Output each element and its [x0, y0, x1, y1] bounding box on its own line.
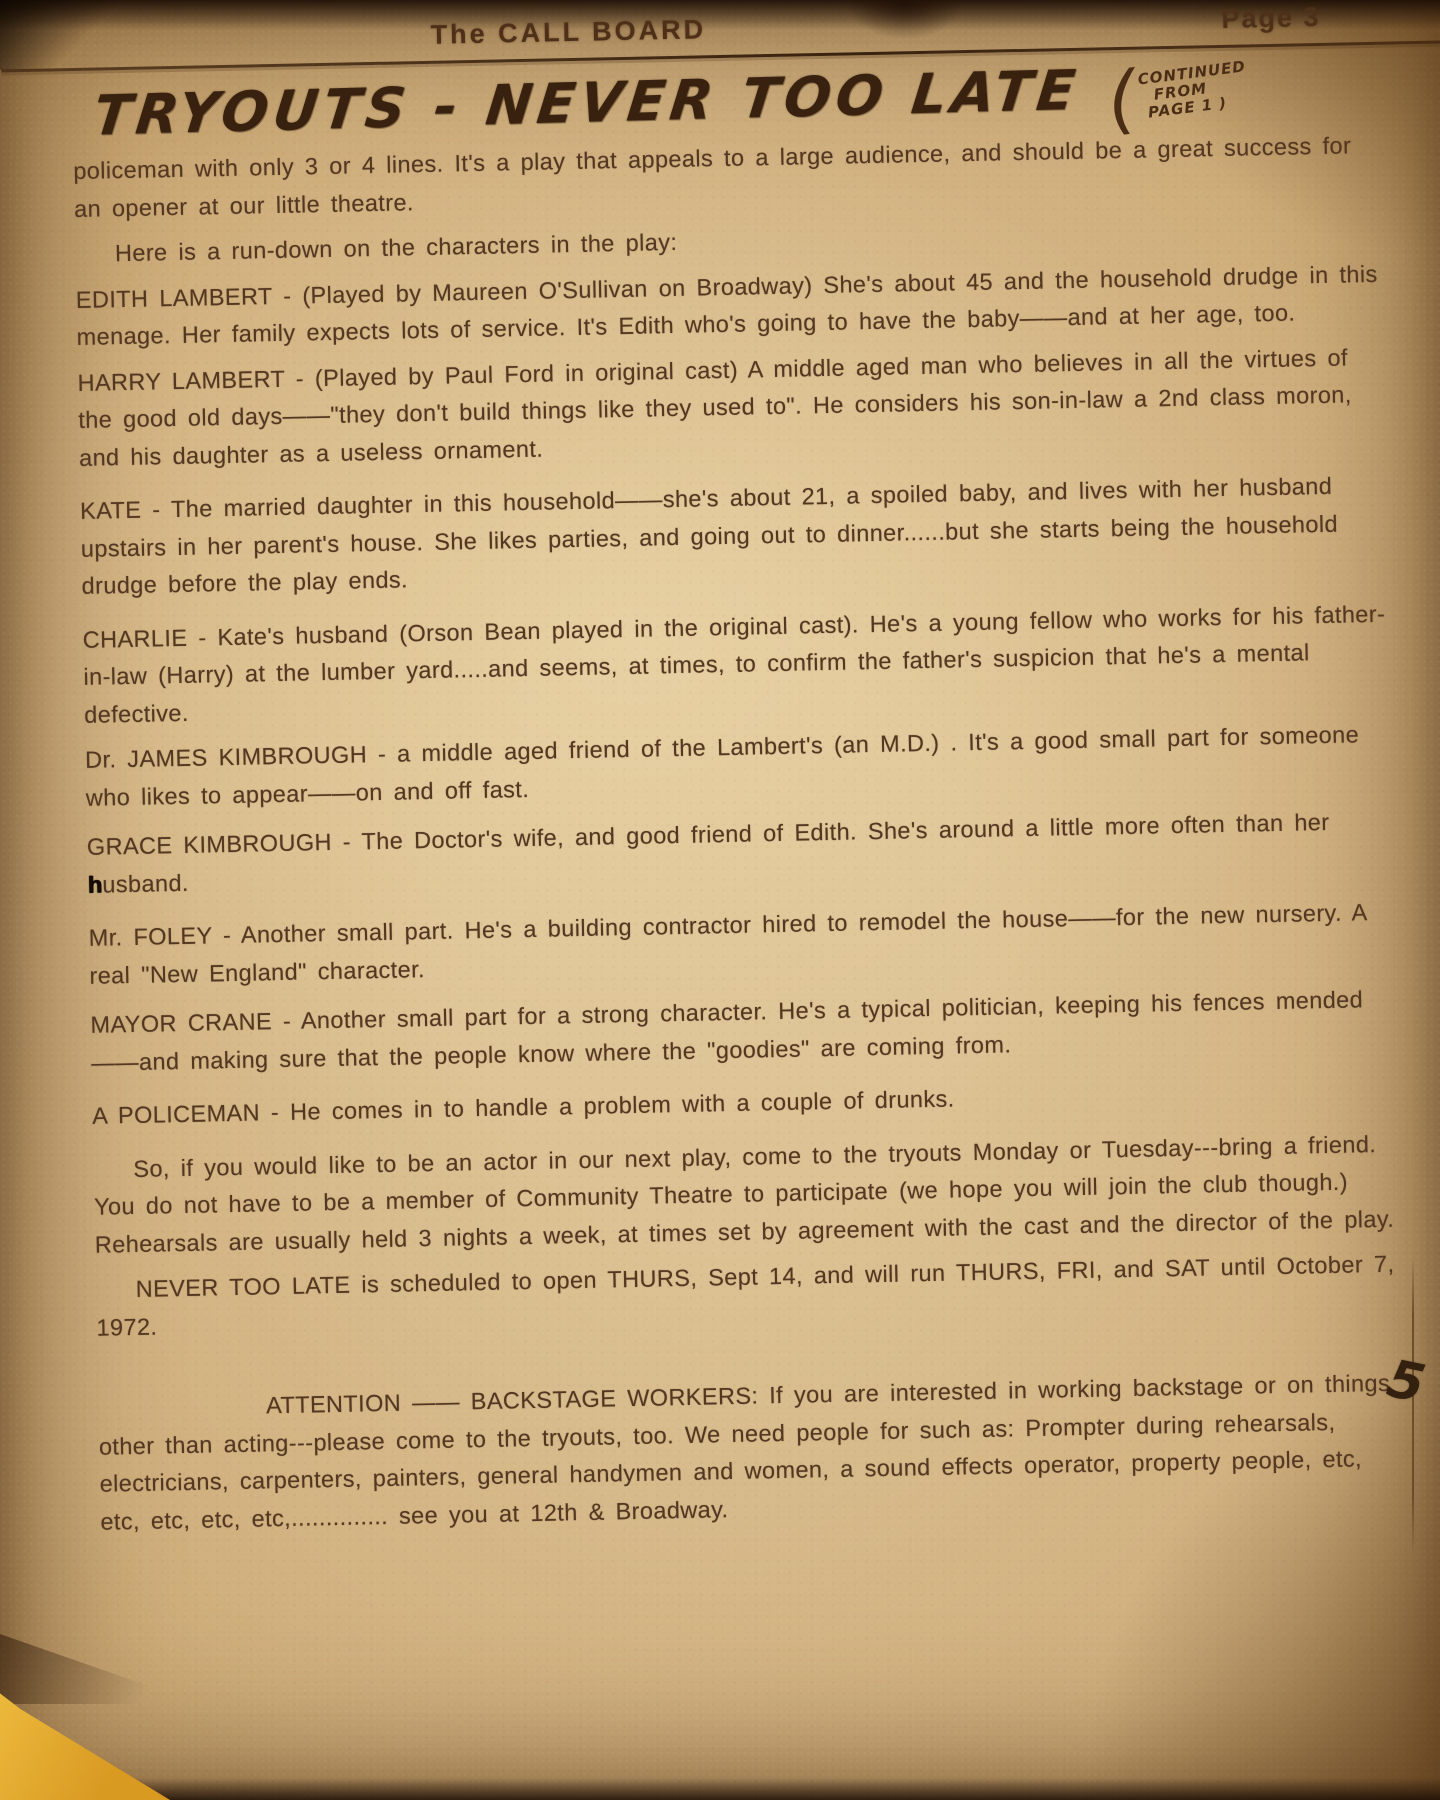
- tryouts-invitation-paragraph: So, if you would like to be an actor in …: [93, 1125, 1407, 1264]
- schedule-paragraph: NEVER TOO LATE is scheduled to open THUR…: [95, 1245, 1408, 1346]
- grace-text-before-correction: GRACE KIMBROUGH - The Doctor's wife, and…: [87, 809, 1330, 860]
- character-charlie: CHARLIE - Kate's husband (Orson Bean pla…: [82, 595, 1396, 734]
- character-grace-kimbrough: GRACE KIMBROUGH - The Doctor's wife, and…: [87, 803, 1400, 904]
- masthead-title: The CALL BOARD: [430, 14, 706, 51]
- character-kate: KATE - The married daughter in this hous…: [80, 467, 1394, 606]
- newsletter-page-photo: The CALL BOARD Page 3 TRYOUTS - NEVER TO…: [0, 0, 1440, 1800]
- character-mayor-crane: MAYOR CRANE - Another small part for a s…: [90, 981, 1403, 1082]
- continued-note-lines: CONTINUED FROM PAGE 1 ): [1137, 58, 1251, 122]
- photo-dark-bottom-edge: [0, 1778, 1440, 1800]
- character-dr-james-kimbrough: Dr. JAMES KIMBROUGH - a middle aged frie…: [85, 716, 1398, 817]
- grace-text-after-correction: usband.: [102, 869, 189, 897]
- character-a-policeman: A POLICEMAN - He comes in to handle a pr…: [92, 1071, 1404, 1135]
- backstage-workers-notice: ATTENTION —— BACKSTAGE WORKERS: If you a…: [98, 1364, 1413, 1540]
- character-harry-lambert: HARRY LAMBERT - (Played by Paul Ford in …: [77, 338, 1391, 477]
- page-content: The CALL BOARD Page 3 TRYOUTS - NEVER TO…: [0, 0, 1440, 1550]
- article-title-handwritten: TRYOUTS - NEVER TOO LATE: [90, 58, 1083, 148]
- page-number: Page 3: [1221, 2, 1321, 35]
- character-mr-foley: Mr. FOLEY - Another small part. He's a b…: [88, 894, 1401, 995]
- continued-paren: (: [1104, 66, 1141, 133]
- article-body: policeman with only 3 or 4 lines. It's a…: [73, 127, 1413, 1541]
- continued-from-note: ( CONTINUED FROM PAGE 1 ): [1104, 52, 1252, 133]
- handwritten-letter-correction: h: [87, 871, 102, 897]
